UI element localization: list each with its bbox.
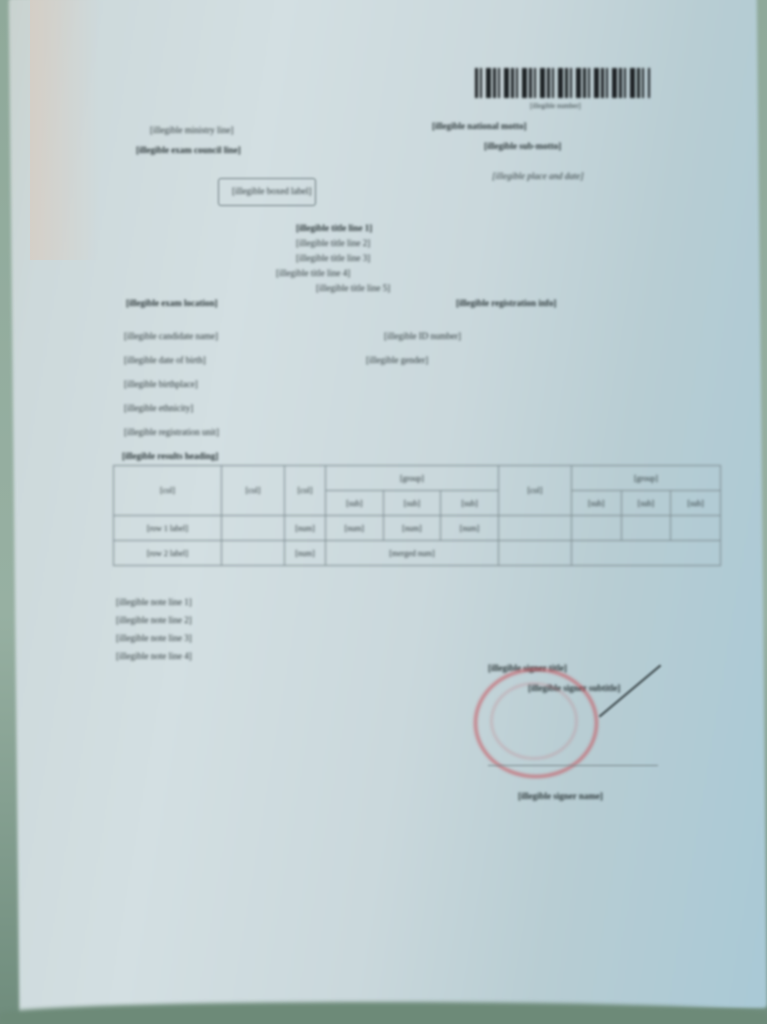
table-header-group: [group]	[571, 466, 720, 491]
table-subheader: [sub]	[441, 491, 499, 516]
title-line-2: [illegible title line 2]	[296, 237, 370, 249]
candidate-school: [illegible registration unit]	[124, 426, 219, 438]
signer-name: [illegible signer name]	[518, 790, 603, 802]
table-header: [col]	[114, 466, 222, 516]
cell	[222, 516, 285, 541]
note-line-3: [illegible note line 3]	[116, 632, 192, 644]
title-line-5: [illegible title line 5]	[316, 282, 390, 294]
cell: [num]	[383, 516, 441, 541]
exam-location: [illegible exam location]	[126, 297, 217, 309]
candidate-ethnicity: [illegible ethnicity]	[124, 402, 193, 414]
table-header: [col]	[498, 466, 571, 516]
table-header-row: [col] [col] [col] [group] [col] [group]	[114, 466, 721, 491]
note-line-2: [illegible note line 2]	[116, 614, 192, 626]
copy-label: [illegible boxed label]	[232, 185, 311, 197]
table-header-group: [group]	[326, 466, 499, 491]
row-label: [row 2 label]	[114, 541, 222, 566]
ministry-line: [illegible ministry line]	[150, 124, 233, 136]
cell: [num]	[285, 541, 326, 566]
cell	[222, 541, 285, 566]
candidate-name: [illegible candidate name]	[124, 330, 218, 342]
cell: [num]	[326, 516, 384, 541]
cell	[621, 516, 671, 541]
council-line: [illegible exam council line]	[136, 144, 241, 156]
title-line-3: [illegible title line 3]	[296, 252, 370, 264]
table-surface-edge	[0, 1002, 767, 1024]
table-subheader: [sub]	[326, 491, 384, 516]
cell: [num]	[441, 516, 499, 541]
place-date: [illegible place and date]	[492, 170, 584, 182]
title-line-4: [illegible title line 4]	[276, 267, 350, 279]
cell: [num]	[285, 516, 326, 541]
sub-motto: [illegible sub-motto]	[484, 140, 561, 152]
registration-line: [illegible registration info]	[456, 297, 556, 309]
results-table: [col] [col] [col] [group] [col] [group] …	[113, 465, 721, 566]
table-row: [row 1 label] [num] [num] [num] [num]	[114, 516, 721, 541]
cell	[498, 516, 571, 541]
table-header: [col]	[222, 466, 285, 516]
table-subheader: [sub]	[383, 491, 441, 516]
signature-line	[488, 765, 658, 766]
candidate-id: [illegible ID number]	[384, 330, 461, 342]
official-stamp	[474, 668, 598, 778]
candidate-birthplace: [illegible birthplace]	[124, 378, 198, 390]
cell	[498, 541, 571, 566]
table-header: [col]	[285, 466, 326, 516]
cell-merged	[571, 541, 720, 566]
cell	[671, 516, 721, 541]
paper-fold	[30, 0, 100, 260]
cell	[571, 516, 621, 541]
national-motto: [illegible national motto]	[432, 120, 527, 132]
candidate-dob: [illegible date of birth]	[124, 354, 206, 366]
title-line-1: [illegible title line 1]	[296, 222, 372, 234]
cell-merged: [merged num]	[326, 541, 499, 566]
row-label: [row 1 label]	[114, 516, 222, 541]
table-subheader: [sub]	[621, 491, 671, 516]
table-subheader: [sub]	[671, 491, 721, 516]
barcode-number: [illegible number]	[530, 100, 581, 112]
note-line-4: [illegible note line 4]	[116, 650, 192, 662]
note-line-1: [illegible note line 1]	[116, 596, 192, 608]
candidate-gender: [illegible gender]	[366, 354, 428, 366]
results-heading: [illegible results heading]	[122, 450, 218, 462]
table-row: [row 2 label] [num] [merged num]	[114, 541, 721, 566]
barcode	[475, 68, 650, 98]
table-subheader: [sub]	[571, 491, 621, 516]
